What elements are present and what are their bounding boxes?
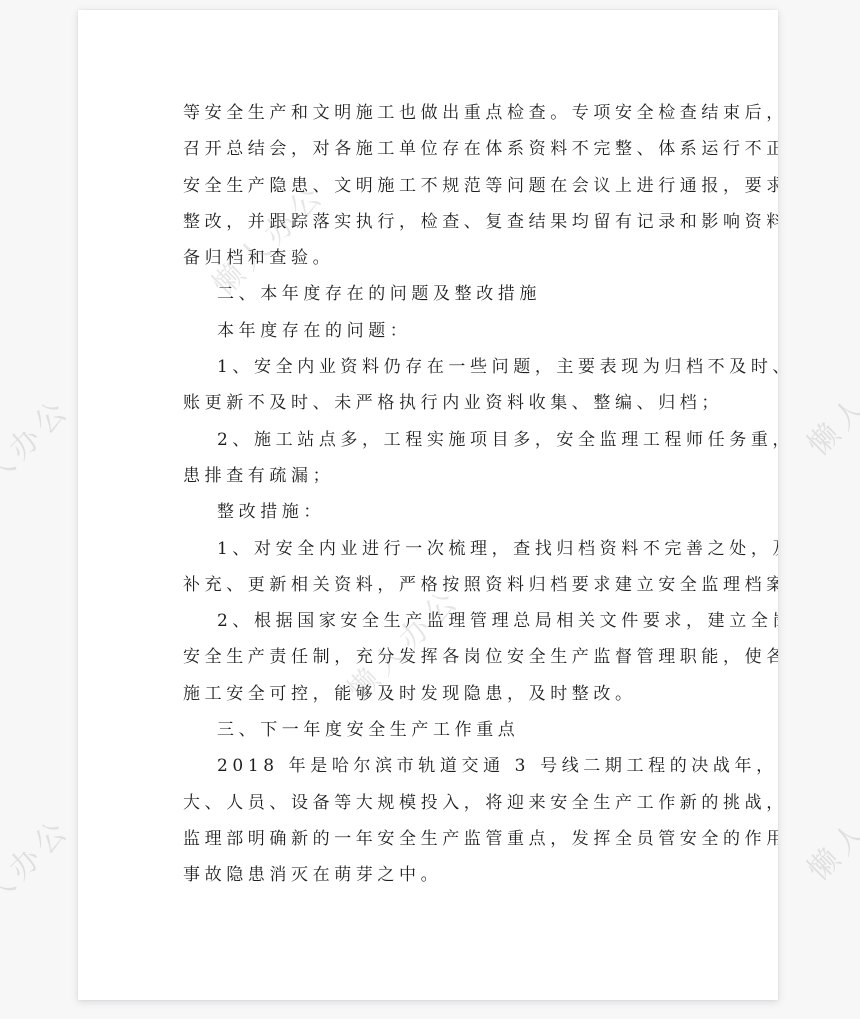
paragraph-measures-label: 整改措施： [183, 494, 675, 530]
text-line: 备归档和查验。 [183, 240, 675, 276]
paragraph-p-2018: 2018 年是哈尔滨市轨道交通 3 号线二期工程的决战年，工程量大、人员、设备等… [183, 748, 675, 893]
text-line: 安全生产责任制，充分发挥各岗位安全生产监督管理职能，使各工点 [183, 639, 675, 675]
text-line: 等安全生产和文明施工也做出重点检查。专项安全检查结束后，及时 [183, 95, 675, 131]
text-line: 1、安全内业资料仍存在一些问题，主要表现为归档不及时、台 [183, 349, 675, 385]
watermark-text: 懒人办公 [0, 806, 78, 939]
document-body: 等安全生产和文明施工也做出重点检查。专项安全检查结束后，及时召开总结会，对各施工… [183, 95, 675, 894]
text-line: 2、施工站点多，工程实施项目多，安全监理工程师任务重，隐 [183, 422, 675, 458]
text-line: 账更新不及时、未严格执行内业资料收集、整编、归档； [183, 385, 675, 421]
text-line: 2018 年是哈尔滨市轨道交通 3 号线二期工程的决战年，工程量 [183, 748, 675, 784]
text-line: 监理部明确新的一年安全生产监管重点，发挥全员管安全的作用，将 [183, 821, 675, 857]
text-line: 本年度存在的问题： [183, 313, 675, 349]
text-line: 大、人员、设备等大规模投入，将迎来安全生产工作新的挑战，对此， [183, 785, 675, 821]
paragraph-problem-2: 2、施工站点多，工程实施项目多，安全监理工程师任务重，隐患排查有疏漏； [183, 422, 675, 495]
watermark-text: 懒人办公 [0, 386, 78, 519]
text-line: 患排查有疏漏； [183, 458, 675, 494]
paragraph-heading-2: 二、本年度存在的问题及整改措施 [183, 276, 675, 312]
paragraph-measure-2: 2、根据国家安全生产监理管理总局相关文件要求，建立全岗位安全生产责任制，充分发挥… [183, 603, 675, 712]
text-line: 召开总结会，对各施工单位存在体系资料不完整、体系运行不正常、 [183, 131, 675, 167]
paragraph-problem-1: 1、安全内业资料仍存在一些问题，主要表现为归档不及时、台账更新不及时、未严格执行… [183, 349, 675, 422]
text-line: 事故隐患消灭在萌芽之中。 [183, 857, 675, 893]
text-line: 2、根据国家安全生产监理管理总局相关文件要求，建立全岗位 [183, 603, 675, 639]
paragraph-p1: 等安全生产和文明施工也做出重点检查。专项安全检查结束后，及时召开总结会，对各施工… [183, 95, 675, 276]
watermark-text: 懒人办公 [796, 331, 860, 464]
text-line: 施工安全可控，能够及时发现隐患，及时整改。 [183, 676, 675, 712]
paragraph-problems-label: 本年度存在的问题： [183, 313, 675, 349]
paragraph-heading-3: 三、下一年度安全生产工作重点 [183, 712, 675, 748]
text-line: 三、下一年度安全生产工作重点 [183, 712, 675, 748]
watermark-text: 懒人办公 [796, 756, 860, 889]
text-line: 二、本年度存在的问题及整改措施 [183, 276, 675, 312]
text-line: 1、对安全内业进行一次梳理，查找归档资料不完善之处，及时 [183, 531, 675, 567]
text-line: 补充、更新相关资料，严格按照资料归档要求建立安全监理档案。 [183, 567, 675, 603]
text-line: 整改，并跟踪落实执行，检查、复查结果均留有记录和影响资料，以 [183, 204, 675, 240]
paragraph-measure-1: 1、对安全内业进行一次梳理，查找归档资料不完善之处，及时补充、更新相关资料，严格… [183, 531, 675, 604]
text-line: 安全生产隐患、文明施工不规范等问题在会议上进行通报，要求限期 [183, 168, 675, 204]
document-page: 等安全生产和文明施工也做出重点检查。专项安全检查结束后，及时召开总结会，对各施工… [78, 10, 778, 1000]
text-line: 整改措施： [183, 494, 675, 530]
